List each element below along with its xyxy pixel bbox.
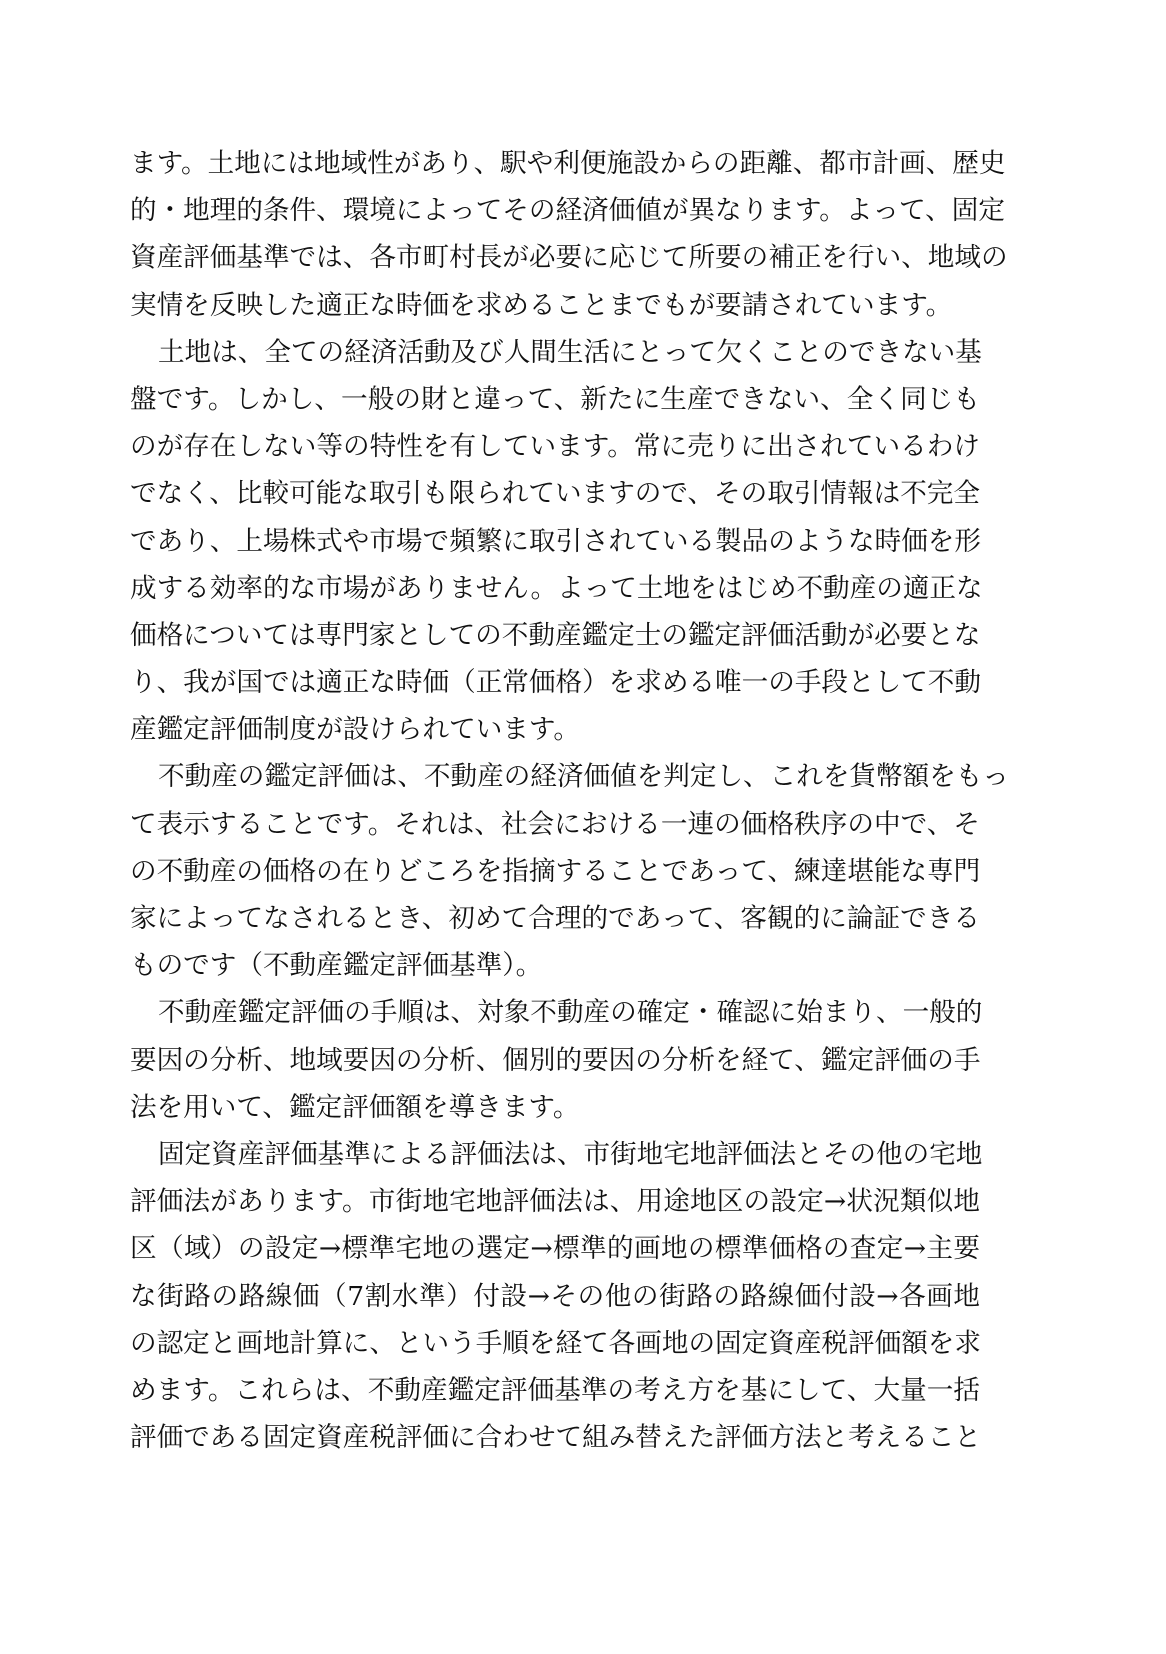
text-line: 土地は、全ての経済活動及び人間生活にとって欠くことのできない基 [130,329,980,376]
text-line: 固定資産評価基準による評価法は、市街地宅地評価法とその他の宅地 [130,1131,980,1178]
text-line: であり、上場株式や市場で頻繁に取引されている製品のような時価を形 [130,518,980,565]
text-line: の不動産の価格の在りどころを指摘することであって、練達堪能な専門 [130,848,980,895]
text-line: 区（域）の設定→標準宅地の選定→標準的画地の標準価格の査定→主要 [130,1225,980,1272]
text-line: 成する効率的な市場がありません。よって土地をはじめ不動産の適正な [130,565,980,612]
text-line: 価格については専門家としての不動産鑑定士の鑑定評価活動が必要とな [130,612,980,659]
text-line: でなく、比較可能な取引も限られていますので、その取引情報は不完全 [130,470,980,517]
text-line: 不動産鑑定評価の手順は、対象不動産の確定・確認に始まり、一般的 [130,989,980,1036]
text-line: り、我が国では適正な時価（正常価格）を求める唯一の手段として不動 [130,659,980,706]
text-line: て表示することです。それは、社会における一連の価格秩序の中で、そ [130,801,980,848]
text-line: の認定と画地計算に、という手順を経て各画地の固定資産税評価額を求 [130,1320,980,1367]
text-line: 法を用いて、鑑定評価額を導きます。 [130,1084,980,1131]
text-line: 実情を反映した適正な時価を求めることまでもが要請されています。 [130,282,980,329]
text-line: めます。これらは、不動産鑑定評価基準の考え方を基にして、大量一括 [130,1367,980,1414]
text-line: な街路の路線価（7割水準）付設→その他の街路の路線価付設→各画地 [130,1273,980,1320]
text-line: ものです（不動産鑑定評価基準）。 [130,942,980,989]
text-line: 要因の分析、地域要因の分析、個別的要因の分析を経て、鑑定評価の手 [130,1037,980,1084]
text-line: ます。土地には地域性があり、駅や利便施設からの距離、都市計画、歴史 [130,140,980,187]
text-line: 不動産の鑑定評価は、不動産の経済価値を判定し、これを貨幣額をもっ [130,753,980,800]
text-line: 評価である固定資産税評価に合わせて組み替えた評価方法と考えること [130,1414,980,1461]
text-line: 産鑑定評価制度が設けられています。 [130,706,980,753]
text-line: 評価法があります。市街地宅地評価法は、用途地区の設定→状況類似地 [130,1178,980,1225]
text-line: 的・地理的条件、環境によってその経済価値が異なります。よって、固定 [130,187,980,234]
text-line: 資産評価基準では、各市町村長が必要に応じて所要の補正を行い、地域の [130,234,980,281]
text-line: 盤です。しかし、一般の財と違って、新たに生産できない、全く同じも [130,376,980,423]
document-page: ます。土地には地域性があり、駅や利便施設からの距離、都市計画、歴史的・地理的条件… [130,140,980,1461]
text-line: 家によってなされるとき、初めて合理的であって、客観的に論証できる [130,895,980,942]
text-line: のが存在しない等の特性を有しています。常に売りに出されているわけ [130,423,980,470]
